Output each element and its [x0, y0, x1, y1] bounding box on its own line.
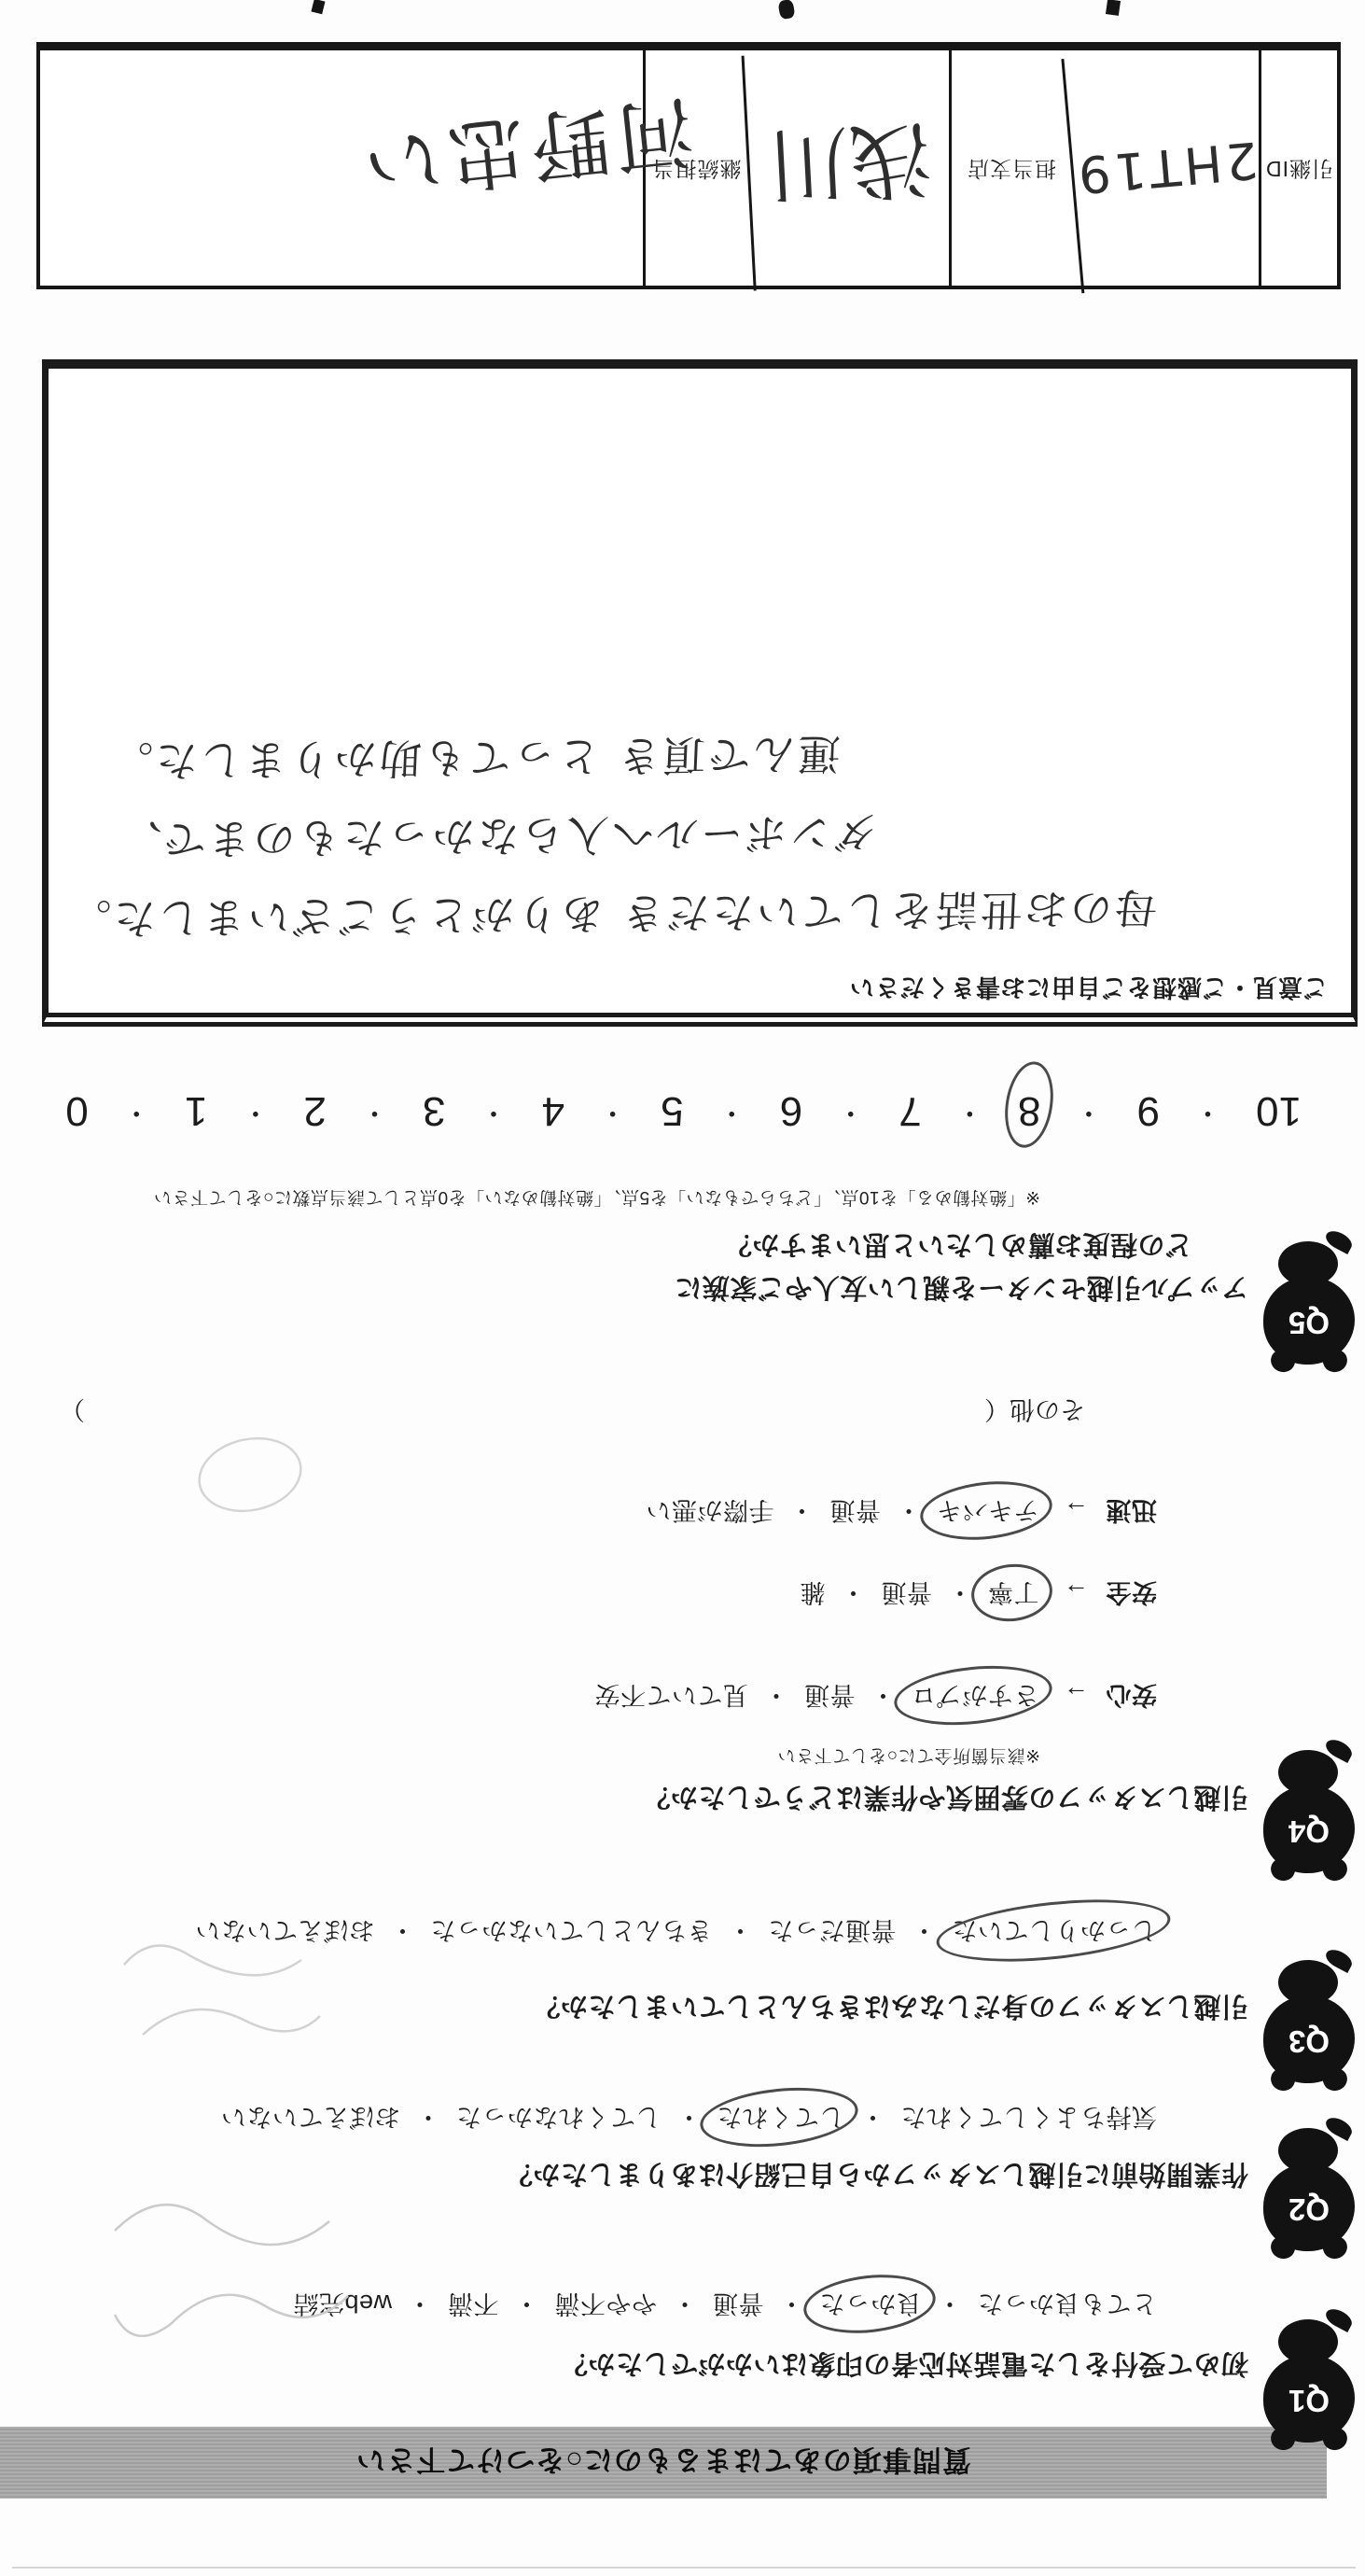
separator-dot: ・ — [1075, 1095, 1103, 1136]
q4-row-anzen: 安全→丁寧・普通・雑 — [800, 1576, 1157, 1613]
separator-dot: ・ — [728, 1916, 754, 1944]
separator-dot: ・ — [896, 1496, 922, 1524]
separator-dot: ・ — [837, 1095, 865, 1136]
separator-dot: ・ — [407, 2289, 433, 2317]
handover-table: 引継ID 2HT19 担当支店 浅川 継続担当 河野忠い — [36, 42, 1341, 289]
q4-row-label: 安心 — [1106, 1681, 1157, 1709]
branch-value-handwritten: 浅川 — [742, 46, 955, 291]
branch-label: 担当支店 — [949, 50, 1071, 286]
scale-number: 9 — [1136, 1087, 1159, 1134]
staff-value-handwritten: 河野忠い — [85, 20, 710, 316]
handwritten-comment-line: ダンボールへ入らなかったものまで、 — [116, 805, 878, 875]
handover-id-value-handwritten: 2HT19 — [1061, 43, 1268, 294]
separator-dot: ・ — [937, 2289, 963, 2317]
separator-dot: ・ — [390, 1916, 416, 1944]
instruction-bar: 質問事項のあてはまるものに○をつけて下さい — [0, 2427, 1327, 2499]
separator-dot: ・ — [122, 1095, 150, 1136]
q4-row-anshin: 安心→さすがプロ・普通・見ていて不安 — [594, 1679, 1157, 1715]
separator-dot: ・ — [779, 2289, 805, 2317]
arrow-right-icon: → — [1064, 1681, 1090, 1709]
q3-mascot-icon: Q3 — [1255, 1949, 1362, 2091]
q2-options-row: 気持ちよくしてくれた・してくれた・してくれなかった・おぼえていない — [221, 2101, 1158, 2137]
paper-edge-line — [12, 2567, 1356, 2569]
q4-mascot-icon: Q4 — [1255, 1739, 1362, 1881]
q4-option: 雑 — [800, 1578, 826, 1606]
q5-note: ※「絶対勧める」を10点、「どちらでもない」を5点、「絶対勧めない」を0点として… — [154, 1186, 1040, 1211]
q1-option: とても良かった — [978, 2289, 1158, 2317]
q4-row-options: さすがプロ・普通・見ていて不安 — [594, 1681, 1039, 1709]
q5-mascot-icon: Q5 — [1255, 1230, 1362, 1372]
q1-option-circled: 良かった — [819, 2288, 922, 2324]
separator-dot: ・ — [841, 1578, 867, 1606]
mascot-body-icon — [1278, 1960, 1338, 2005]
scale-number-circled: 8 — [1018, 1087, 1040, 1134]
scale-number: 10 — [1256, 1087, 1302, 1134]
q3-option: おぼえていない — [195, 1916, 375, 1944]
q2-option-circled: してくれた — [717, 2101, 845, 2137]
separator-dot: ・ — [871, 1681, 897, 1709]
q1-mascot-icon: Q1 — [1255, 2308, 1362, 2450]
scale-number: 4 — [542, 1087, 564, 1134]
separator-dot: ・ — [676, 2103, 703, 2131]
q4-option: 普通 — [804, 1681, 856, 1709]
q4-other-field-label: その他（ — [984, 1393, 1085, 1430]
q4-option: 普通 — [829, 1496, 881, 1524]
mascot-body-icon — [1278, 1750, 1338, 1795]
separator-dot: ・ — [860, 2103, 886, 2131]
scale-number: 2 — [303, 1087, 326, 1134]
scale-number: 7 — [898, 1087, 921, 1134]
upside-down-sheet: 質問事項のあてはまるものに○をつけて下さい Q1 初めて受付をした電話対応者の印… — [0, 0, 1365, 2576]
q2-option: 気持ちよくしてくれた — [900, 2103, 1157, 2131]
q4-row-options: 丁寧・普通・雑 — [800, 1578, 1039, 1606]
separator-dot: ・ — [912, 1916, 938, 1944]
q1-option: 不満 — [448, 2289, 499, 2317]
separator-dot: ・ — [672, 2289, 698, 2317]
separator-dot: ・ — [599, 1095, 627, 1136]
separator-dot: ・ — [947, 1578, 973, 1606]
mascot-body-icon — [1278, 2128, 1338, 2173]
scan-artifact — [311, 0, 325, 14]
q4-option: 手際が悪い — [646, 1496, 774, 1524]
scan-artifact — [1106, 0, 1121, 16]
q3-options-row: しっかりしていた・普通だった・きちんとしていなかった・おぼえていない — [195, 1914, 1157, 1951]
q1-option: web完結 — [293, 2289, 392, 2317]
q3-option-circled: しっかりしていた — [952, 1914, 1157, 1951]
q3-badge: Q3 — [1256, 2023, 1362, 2059]
q3-option: 普通だった — [768, 1916, 897, 1944]
arrow-right-icon: → — [1064, 1496, 1090, 1524]
q1-option: やや不満 — [554, 2289, 657, 2317]
q4-row-options: テキパキ・普通・手際が悪い — [646, 1496, 1039, 1524]
scale-number: 3 — [423, 1087, 445, 1134]
q2-title: 作業開始前に引越しスタッフから自己紹介はありましたか？ — [505, 2157, 1248, 2195]
q4-option: 見ていて不安 — [594, 1681, 748, 1709]
q2-option: してくれなかった — [456, 2103, 662, 2131]
handwritten-comment-line: 運んで頂き とっても助かりました。 — [106, 727, 841, 795]
q1-title: 初めて受付をした電話対応者の印象はいかがでしたか？ — [560, 2346, 1248, 2385]
q4-note: ※該当箇所全てに○をして下さい — [777, 1744, 1040, 1770]
q4-row-label: 安全 — [1106, 1578, 1157, 1606]
q5-title-line2: どの程度お薦めしたいと思いますか？ — [724, 1227, 1192, 1266]
separator-dot: ・ — [1194, 1095, 1222, 1136]
separator-dot: ・ — [717, 1095, 745, 1136]
q4-option-circled: さすがプロ — [911, 1679, 1039, 1715]
separator-dot: ・ — [415, 2103, 441, 2131]
separator-dot: ・ — [480, 1095, 508, 1136]
handover-id-label: 引継ID — [1259, 50, 1337, 286]
q2-badge: Q2 — [1256, 2191, 1362, 2227]
q5-badge: Q5 — [1256, 1305, 1362, 1340]
q3-option: きちんとしていなかった — [430, 1916, 713, 1944]
q2-mascot-icon: Q2 — [1255, 2117, 1362, 2259]
q5-rating-scale: 10・9・8・7・6・5・4・3・2・1・0 — [65, 1087, 1302, 1134]
q1-options-row: とても良かった・良かった・普通・やや不満・不満・web完結 — [293, 2288, 1157, 2324]
q4-option-circled: テキパキ — [937, 1494, 1039, 1531]
comment-box-header: ご意見・ご感想をご自由にお書きください — [849, 972, 1328, 1006]
mascot-body-icon — [1278, 2319, 1338, 2364]
q5-title-line1: アップル引越センターを親しい友人やご家族に — [675, 1270, 1248, 1309]
q4-option: 普通 — [881, 1578, 932, 1606]
separator-dot: ・ — [360, 1095, 388, 1136]
q4-other-field-close: ） — [60, 1393, 85, 1430]
separator-dot: ・ — [242, 1095, 270, 1136]
q4-option-circled: 丁寧 — [988, 1576, 1039, 1613]
mascot-body-icon — [1278, 1241, 1338, 1286]
handwritten-comment-line: 母のお世話をしていただき ありがとうございました。 — [64, 881, 1158, 953]
separator-dot: ・ — [789, 1496, 815, 1524]
q3-title: 引越しスタッフの身だしなみはきちんとしていましたか？ — [533, 1989, 1248, 2027]
q4-title: 引越しスタッフの雰囲気や作業はどうでしたか？ — [643, 1780, 1248, 1818]
q4-row-jinsoku: 迅速→テキパキ・普通・手際が悪い — [646, 1494, 1157, 1531]
q4-badge: Q4 — [1256, 1813, 1362, 1849]
separator-dot: ・ — [955, 1095, 983, 1136]
arrow-right-icon: → — [1064, 1578, 1090, 1606]
scanned-questionnaire-page: 質問事項のあてはまるものに○をつけて下さい Q1 初めて受付をした電話対応者の印… — [0, 0, 1365, 2576]
instruction-bar-text: 質問事項のあてはまるものに○をつけて下さい — [355, 2442, 971, 2484]
separator-dot: ・ — [514, 2289, 540, 2317]
q4-row-label: 迅速 — [1106, 1496, 1157, 1524]
scale-number: 1 — [185, 1087, 207, 1134]
scale-number: 5 — [661, 1087, 683, 1134]
q1-option: 普通 — [713, 2289, 764, 2317]
scale-number: 6 — [780, 1087, 802, 1134]
scan-artifact — [777, 0, 795, 20]
separator-dot: ・ — [763, 1681, 789, 1709]
q1-badge: Q1 — [1256, 2383, 1362, 2418]
scale-number: 0 — [65, 1087, 88, 1134]
q2-option: おぼえていない — [221, 2103, 401, 2131]
